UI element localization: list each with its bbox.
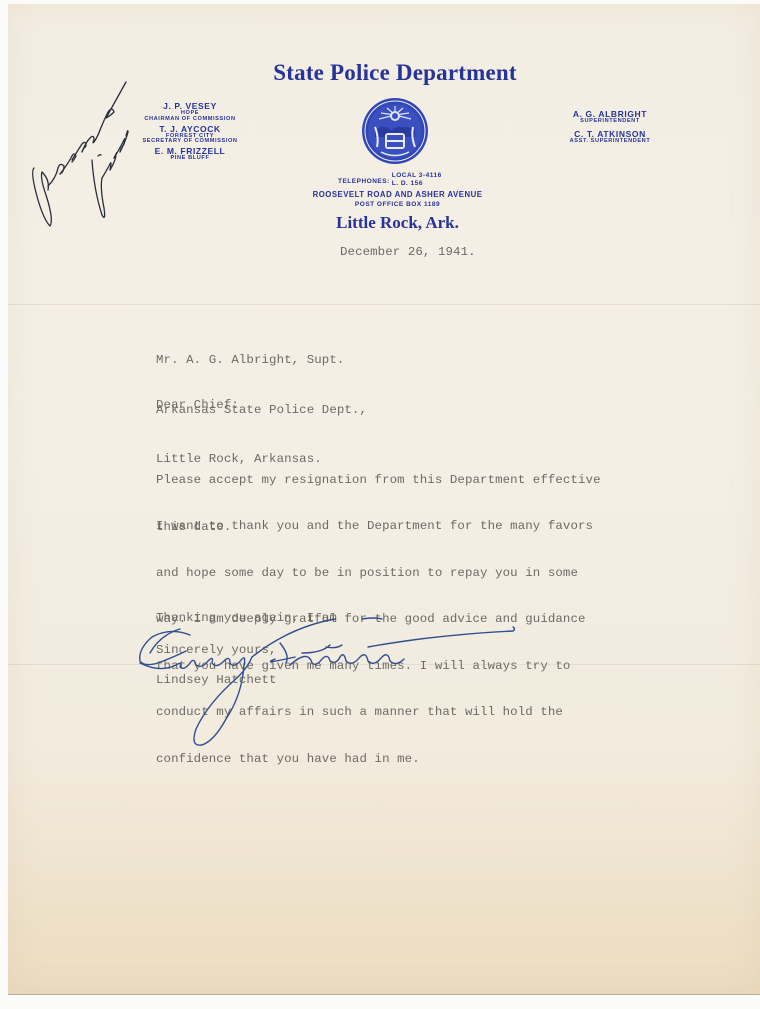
department-officers: A. G. ALBRIGHT Superintendent C. T. ATKI… <box>545 108 675 145</box>
handwritten-margin-note <box>20 60 140 235</box>
telephone-list: LOCAL 3-4116 L. D. 156 <box>392 172 442 188</box>
handwritten-signature <box>130 605 530 750</box>
text-line: I want to thank you and the Department f… <box>156 519 593 535</box>
officer-title: Superintendent <box>545 119 675 125</box>
paper-fold-crease <box>8 304 760 305</box>
text-line: confidence that you have had in me. <box>156 752 593 768</box>
telephone-long-distance: L. D. 156 <box>392 180 442 188</box>
officer-city: Pine Bluff <box>125 156 255 162</box>
text-line: and hope some day to be in position to r… <box>156 566 593 582</box>
officer-title: Asst. Superintendent <box>545 139 675 145</box>
telephones-label: TELEPHONES: <box>338 178 390 185</box>
telephone-numbers: TELEPHONES: LOCAL 3-4116 L. D. 156 <box>338 172 442 188</box>
commission-officers: J. P. VESEY Hope Chairman of Commission … <box>125 100 255 162</box>
address-line: Mr. A. G. Albright, Supt. <box>156 352 367 369</box>
officer-title: Secretary of Commission <box>125 139 255 145</box>
arkansas-state-seal-icon <box>361 97 429 165</box>
letter-date: December 26, 1941. <box>340 245 476 259</box>
salutation: Dear Chief: <box>156 398 239 412</box>
officer-title: Chairman of Commission <box>125 117 255 123</box>
text-line: Please accept my resignation from this D… <box>156 473 601 489</box>
telephone-local: LOCAL 3-4116 <box>392 172 442 180</box>
